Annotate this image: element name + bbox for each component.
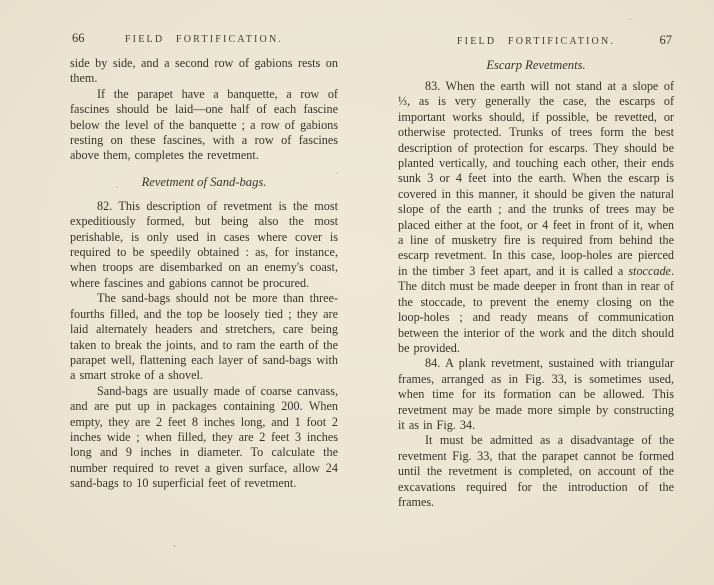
page-66-body: side by side, and a second row of gabion… — [70, 56, 338, 492]
page-67-body: Escarp Revetments.83. When the earth wil… — [398, 58, 674, 510]
paragraph: If the parapet have a banquette, a row o… — [70, 87, 338, 164]
paragraph: Sand-bags are usually made of coarse can… — [70, 384, 338, 492]
paragraph: side by side, and a second row of gabion… — [70, 56, 338, 87]
section-heading: Revetment of Sand-bags. — [70, 175, 338, 190]
paragraph: 83. When the earth will not stand at a s… — [398, 79, 674, 356]
paragraph: It must be admitted as a disadvantage of… — [398, 433, 674, 510]
scan-speck — [116, 186, 118, 188]
scan-speck — [173, 545, 176, 547]
scan-speck — [629, 18, 631, 20]
page-67: FIELD FORTIFICATION. 67 Escarp Revetment… — [398, 32, 674, 510]
running-head-right: FIELD FORTIFICATION. — [398, 36, 674, 47]
running-head-left: FIELD FORTIFICATION. — [70, 34, 338, 45]
paragraph: The sand-bags should not be more than th… — [70, 291, 338, 383]
page-number-right: 67 — [660, 33, 673, 48]
section-heading: Escarp Revetments. — [398, 58, 674, 73]
book-spread: 66 FIELD FORTIFICATION. side by side, an… — [0, 0, 714, 585]
page-66-header: 66 FIELD FORTIFICATION. — [70, 30, 338, 50]
paragraph: 82. This description of revetment is the… — [70, 199, 338, 291]
scan-speck — [336, 172, 338, 174]
page-66: 66 FIELD FORTIFICATION. side by side, an… — [70, 30, 338, 492]
paragraph: 84. A plank revetment, sustained with tr… — [398, 356, 674, 433]
page-67-header: FIELD FORTIFICATION. 67 — [398, 32, 674, 52]
